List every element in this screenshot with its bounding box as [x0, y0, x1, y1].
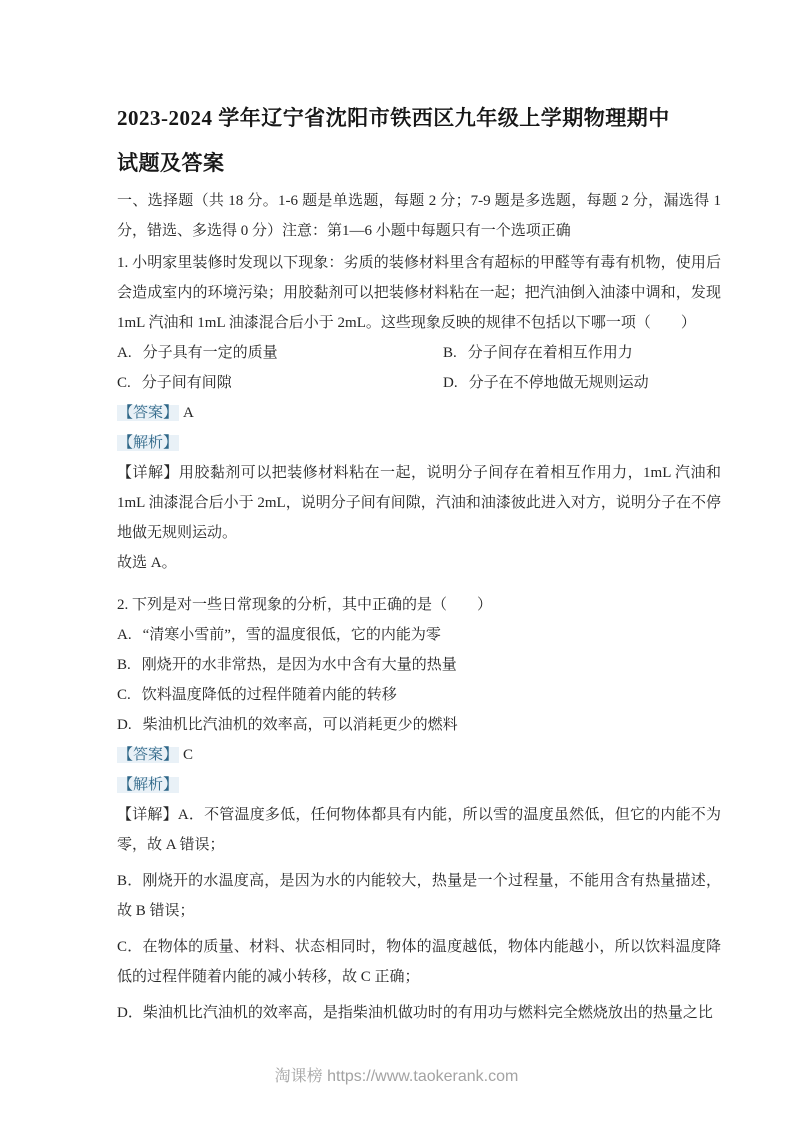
question-2-options: A.“清寒小雪前”，雪的温度很低，它的内能为零 B.刚烧开的水非常热，是因为水中… [117, 620, 721, 740]
option-label: A. [117, 620, 132, 650]
option-label: B. [117, 650, 131, 680]
analysis-tag: 【解析】 [117, 435, 179, 451]
page-footer: 淘课榜 https://www.taokerank.com [0, 1062, 793, 1092]
option-label: C. [117, 368, 131, 398]
option-label: B. [443, 338, 457, 368]
answer-tag: 【答案】 [117, 405, 179, 421]
question-2-analysis-line: 【解析】 [117, 770, 721, 800]
document-content: 2023-2024 学年辽宁省沈阳市铁西区九年级上学期物理期中 试题及答案 一、… [117, 0, 721, 1028]
question-1-option-d: D.分子在不停地做无规则运动 [443, 368, 721, 398]
page-title-line-2: 试题及答案 [117, 141, 721, 186]
page-title: 2023-2024 学年辽宁省沈阳市铁西区九年级上学期物理期中 试题及答案 [117, 96, 721, 186]
question-1-detail: 【详解】用胶黏剂可以把装修材料粘在一起，说明分子间存在着相互作用力，1mL 汽油… [117, 458, 721, 548]
option-text: “清寒小雪前”，雪的温度很低，它的内能为零 [143, 627, 441, 643]
question-2: 2. 下列是对一些日常现象的分析，其中正确的是（ ） A.“清寒小雪前”，雪的温… [117, 590, 721, 1028]
option-text: 分子具有一定的质量 [143, 345, 278, 361]
page-title-line-1: 2023-2024 学年辽宁省沈阳市铁西区九年级上学期物理期中 [117, 96, 721, 141]
question-1: 1. 小明家里装修时发现以下现象：劣质的装修材料里含有超标的甲醛等有毒有机物，使… [117, 248, 721, 578]
question-2-detail-b: B．刚烧开的水温度高，是因为水的内能较大，热量是一个过程量，不能用含有热量描述，… [117, 866, 721, 926]
option-label: D. [117, 710, 132, 740]
question-2-option-d: D.柴油机比汽油机的效率高，可以消耗更少的燃料 [117, 710, 721, 740]
question-2-detail-d: D．柴油机比汽油机的效率高，是指柴油机做功时的有用功与燃料完全燃烧放出的热量之比 [117, 998, 721, 1028]
question-1-option-a: A.分子具有一定的质量 [117, 338, 443, 368]
question-2-detail-c: C．在物体的质量、材料、状态相同时，物体的温度越低，物体内能越小，所以饮料温度降… [117, 932, 721, 992]
question-2-detail-a: 【详解】A．不管温度多低，任何物体都具有内能，所以雪的温度虽然低，但它的内能不为… [117, 800, 721, 860]
question-2-option-c: C.饮料温度降低的过程伴随着内能的转移 [117, 680, 721, 710]
detail-text: 用胶黏剂可以把装修材料粘在一起，说明分子间存在着相互作用力，1mL 汽油和 1m… [117, 465, 721, 541]
question-1-option-b: B.分子间存在着相互作用力 [443, 338, 721, 368]
detail-tag: 【详解】 [117, 465, 179, 481]
option-text: 分子在不停地做无规则运动 [469, 375, 649, 391]
option-text: 分子间存在着相互作用力 [468, 345, 633, 361]
option-text: 柴油机比汽油机的效率高，可以消耗更少的燃料 [143, 717, 458, 733]
detail-text: A．不管温度多低，任何物体都具有内能，所以雪的温度虽然低，但它的内能不为零，故 … [117, 807, 721, 853]
question-1-option-c: C.分子间有间隙 [117, 368, 443, 398]
question-1-answer-line: 【答案】A [117, 398, 721, 428]
question-1-options: A.分子具有一定的质量 B.分子间存在着相互作用力 C.分子间有间隙 D.分子在… [117, 338, 721, 398]
exam-document-page: 2023-2024 学年辽宁省沈阳市铁西区九年级上学期物理期中 试题及答案 一、… [0, 0, 793, 1122]
answer-value: C [183, 747, 193, 763]
option-text: 刚烧开的水非常热，是因为水中含有大量的热量 [142, 657, 457, 673]
option-label: D. [443, 368, 458, 398]
question-2-stem: 2. 下列是对一些日常现象的分析，其中正确的是（ ） [117, 590, 721, 620]
option-text: 饮料温度降低的过程伴随着内能的转移 [142, 687, 397, 703]
question-1-analysis-line: 【解析】 [117, 428, 721, 458]
question-1-conclusion: 故选 A。 [117, 548, 721, 578]
detail-tag: 【详解】 [117, 807, 178, 823]
question-1-stem: 1. 小明家里装修时发现以下现象：劣质的装修材料里含有超标的甲醛等有毒有机物，使… [117, 248, 721, 338]
analysis-tag: 【解析】 [117, 777, 179, 793]
option-label: A. [117, 338, 132, 368]
question-2-option-b: B.刚烧开的水非常热，是因为水中含有大量的热量 [117, 650, 721, 680]
option-label: C. [117, 680, 131, 710]
answer-value: A [183, 405, 194, 421]
option-text: 分子间有间隙 [142, 375, 232, 391]
answer-tag: 【答案】 [117, 747, 179, 763]
section-intro: 一、选择题（共 18 分。1-6 题是单选题，每题 2 分；7-9 题是多选题，… [117, 186, 721, 246]
question-2-answer-line: 【答案】C [117, 740, 721, 770]
question-2-option-a: A.“清寒小雪前”，雪的温度很低，它的内能为零 [117, 620, 721, 650]
footer-watermark-text: 淘课榜 https://www.taokerank.com [275, 1068, 519, 1085]
